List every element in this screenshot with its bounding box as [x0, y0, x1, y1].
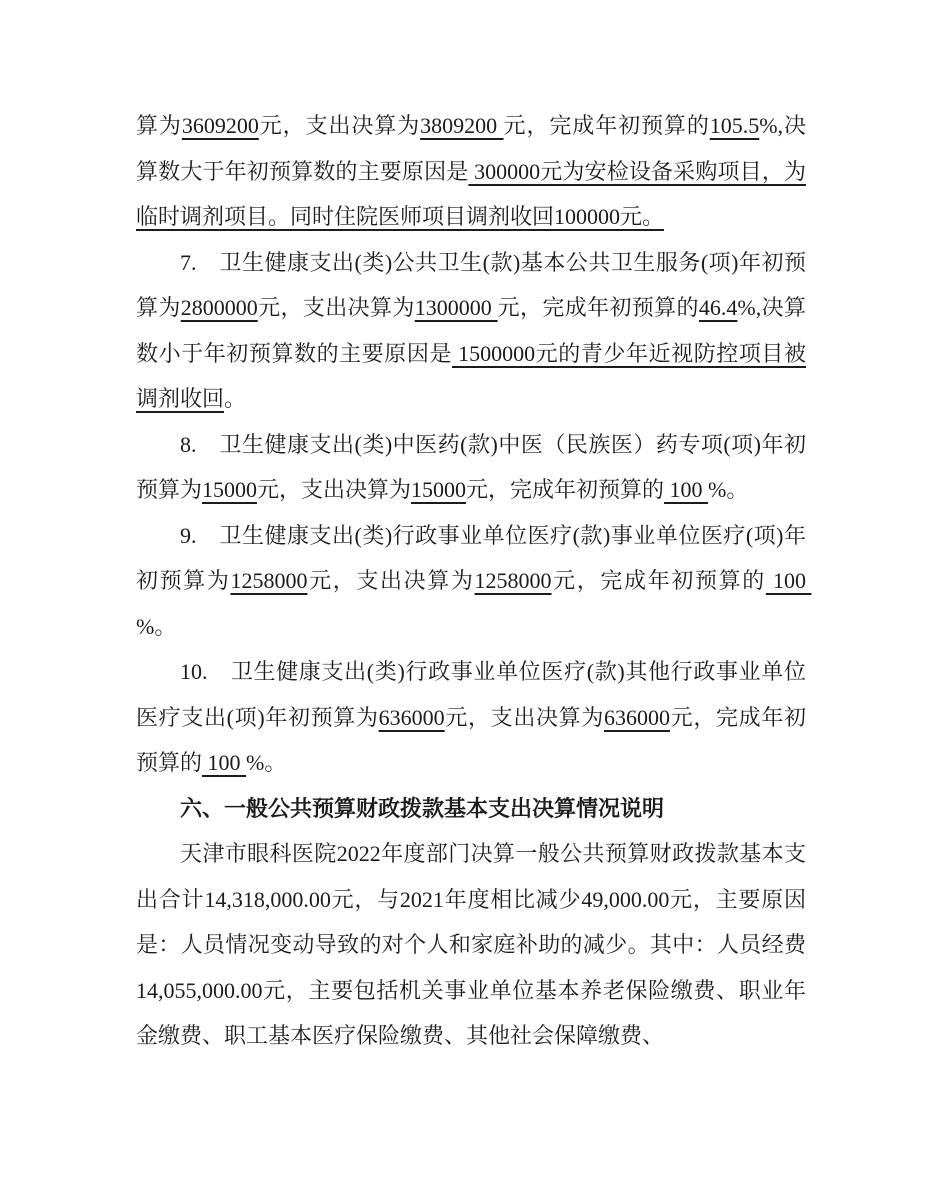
underlined-text-run: 100 — [664, 477, 708, 502]
underlined-text-run: 2800000 — [181, 295, 258, 320]
underlined-text-run: 3809200 — [420, 113, 503, 138]
para-section-6-intro: 天津市眼科医院2022年度部门决算一般公共预算财政拨款基本支出合计14,318,… — [136, 831, 806, 1059]
text-run: 元，完成年初预算的 — [466, 477, 664, 502]
underlined-text-run: 1258000 — [475, 568, 552, 593]
text-run: 元，支出决算为 — [257, 477, 411, 502]
underlined-text-run: 46.4 — [699, 295, 738, 320]
text-run: %。 — [136, 614, 176, 639]
text-run: %。 — [246, 750, 286, 775]
text-run: %。 — [708, 477, 748, 502]
text-run: 元，支出决算为 — [258, 295, 415, 320]
underlined-text-run: 636000 — [379, 705, 445, 730]
text-run: 元，支出决算为 — [445, 705, 604, 730]
text-run: 元，支出决算为 — [308, 568, 475, 593]
para-item-7: 7. 卫生健康支出(类)公共卫生(款)基本公共卫生服务(项)年初预算为28000… — [136, 240, 806, 422]
text-run: 元，支出决算为 — [259, 113, 420, 138]
text-run: 算为 — [136, 113, 182, 138]
document-content: 算为3609200元，支出决算为3809200 元，完成年初预算的105.5%,… — [136, 103, 806, 1059]
underlined-text-run: 15000 — [411, 477, 466, 502]
text-run: 元，完成年初预算的 — [552, 568, 766, 593]
underlined-text-run: 100 — [766, 568, 812, 593]
underlined-text-run: 15000 — [202, 477, 257, 502]
underlined-text-run: 1258000 — [231, 568, 308, 593]
para-item-6-continuation: 算为3609200元，支出决算为3809200 元，完成年初预算的105.5%,… — [136, 103, 806, 240]
para-item-10: 10. 卫生健康支出(类)行政事业单位医疗(款)其他行政事业单位医疗支出(项)年… — [136, 649, 806, 786]
underlined-text-run: 3609200 — [182, 113, 259, 138]
para-item-8: 8. 卫生健康支出(类)中医药(款)中医（民族医）药专项(项)年初预算为1500… — [136, 422, 806, 513]
underlined-text-run: 636000 — [604, 705, 670, 730]
underlined-text-run: 1300000 — [415, 295, 498, 320]
underlined-text-run: 105.5 — [710, 113, 760, 138]
text-run: 元，完成年初预算的 — [504, 113, 710, 138]
document-page: 算为3609200元，支出决算为3809200 元，完成年初预算的105.5%,… — [0, 0, 927, 1200]
underlined-text-run: 100 — [202, 750, 246, 775]
para-item-9: 9. 卫生健康支出(类)行政事业单位医疗(款)事业单位医疗(项)年初预算为125… — [136, 513, 806, 650]
text-run: 元，完成年初预算的 — [498, 295, 699, 320]
text-run: 六、一般公共预算财政拨款基本支出决算情况说明 — [180, 796, 664, 821]
text-run: 天津市眼科医院2022年度部门决算一般公共预算财政拨款基本支出合计14,318,… — [136, 841, 806, 1048]
text-run: 。 — [224, 386, 246, 411]
heading-section-6: 六、一般公共预算财政拨款基本支出决算情况说明 — [136, 786, 806, 832]
